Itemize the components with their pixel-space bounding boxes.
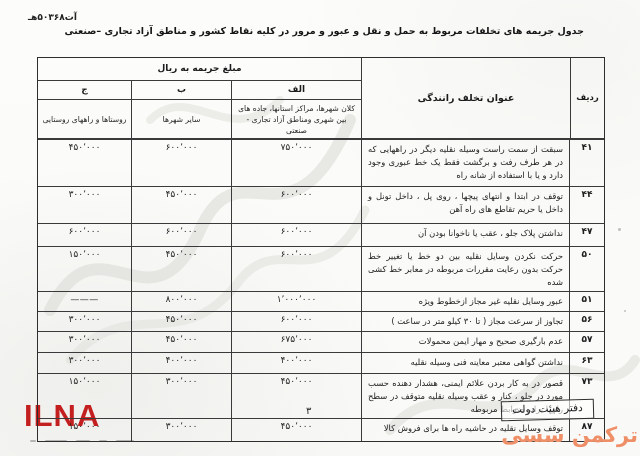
col-b-description: سایر شهرها [131, 100, 231, 138]
cell-fine-rural: ۱۵۰٬۰۰۰ [38, 419, 131, 441]
scan-speck [624, 310, 626, 312]
cell-fine-metropolis: ۶۰۰٬۰۰۰ [231, 247, 361, 291]
scanned-document-page: آت۵۰۳۶۸هـ جدول جریمه های تخلفات مربوط به… [0, 0, 640, 456]
cell-row-number: ۵۷ [569, 332, 604, 352]
cell-fine-rural: ۳۰۰٬۰۰۰ [38, 332, 131, 352]
cell-fine-rural: ——— [38, 292, 131, 311]
news-agency-watermark: ترکمن سسی [501, 423, 638, 447]
amount-columns-header: مبلغ جریمه به ریال ج ب الف روستاها و راه… [38, 58, 361, 138]
cell-violation-title: سبقت از سمت راست وسیله نقلیه دیگر در راه… [361, 140, 569, 186]
cell-fine-metropolis: ۶۰۰٬۰۰۰ [231, 224, 361, 246]
cell-fine-other-cities: ۴۵۰٬۰۰۰ [131, 187, 231, 223]
table-row: ۳۰۰٬۰۰۰ ۴۰۰٬۰۰۰ ۴۰۰٬۰۰۰ نداشتن گواهی معت… [38, 352, 604, 373]
cell-fine-metropolis: ۴۰۰٬۰۰۰ [231, 353, 361, 373]
table-header: مبلغ جریمه به ریال ج ب الف روستاها و راه… [38, 58, 604, 139]
cell-violation-title: حرکت نکردن وسایل نقلیه بین دو خط یا تغیی… [361, 247, 569, 291]
cell-fine-rural: ۳۰۰٬۰۰۰ [38, 312, 131, 331]
cell-row-number: ۴۱ [569, 140, 604, 186]
cell-fine-rural: ۱۵۰٬۰۰۰ [38, 247, 131, 291]
cell-violation-title: عدم بارگیری صحیح و مهار ایمن محمولات [361, 332, 569, 352]
document-title: جدول جریمه های تخلفات مربوط به حمل و نقل… [64, 26, 584, 37]
cell-fine-other-cities: ۴۵۰٬۰۰۰ [131, 247, 231, 291]
cell-violation-title: تجاوز از سرعت مجاز ( تا ۳۰ کیلو متر در س… [361, 312, 569, 331]
cell-row-number: ۴۴ [569, 187, 604, 223]
col-j-letter: ج [38, 81, 131, 99]
cell-fine-rural: ۳۰۰٬۰۰۰ [38, 187, 131, 223]
cell-violation-title: توقف در ابتدا و انتهای پیچها ، روی پل ، … [361, 187, 569, 223]
cell-row-number: ۶۳ [569, 353, 604, 373]
cell-fine-rural: ۳۰۰٬۰۰۰ [38, 353, 131, 373]
cell-row-number: ۵۰ [569, 247, 604, 291]
col-b-letter: ب [131, 81, 231, 99]
table-row: ۳۰۰٬۰۰۰ ۴۵۰٬۰۰۰ ۶۰۰٬۰۰۰ تجاوز از سرعت مج… [38, 311, 604, 331]
cell-violation-title: نداشتن پلاک جلو ، عقب یا ناخوانا بودن آن [361, 224, 569, 246]
cell-row-number: ۵۱ [569, 292, 604, 311]
table-row: ——— ۸۰۰٬۰۰۰ ۱٬۰۰۰٬۰۰۰ عبور وسایل نقلیه غ… [38, 291, 604, 311]
cell-row-number: ۴۷ [569, 224, 604, 246]
cell-fine-metropolis: ۷۵۰٬۰۰۰ [231, 140, 361, 186]
document-reference-number: آت۵۰۳۶۸هـ [28, 13, 77, 23]
table-row: ۱۵۰٬۰۰۰ ۴۵۰٬۰۰۰ ۶۰۰٬۰۰۰ حرکت نکردن وسایل… [38, 246, 604, 291]
col-a-letter: الف [231, 81, 361, 99]
cell-fine-metropolis: ۴۵۰٬۰۰۰ [231, 419, 361, 441]
violation-column-header: عنوان تخلف رانندگی [361, 58, 570, 138]
cell-fine-metropolis: ۴۵۰٬۰۰۰ [231, 374, 361, 418]
cell-fine-metropolis: ۶۷۵٬۰۰۰ [231, 332, 361, 352]
cell-fine-other-cities: ۳۰۰٬۰۰۰ [131, 374, 231, 418]
cell-fine-rural: ۶۰۰٬۰۰۰ [38, 224, 131, 246]
scan-speck [618, 228, 621, 231]
cell-fine-other-cities: ۴۵۰٬۰۰۰ [131, 332, 231, 352]
cell-violation-title: عبور وسایل نقلیه غیر مجاز ازخطوط ویژه [361, 292, 569, 311]
col-a-description: کلان شهرها، مراکز استانها، جاده های بین … [231, 100, 361, 138]
cell-fine-other-cities: ۴۰۰٬۰۰۰ [131, 353, 231, 373]
table-row: ۳۰۰٬۰۰۰ ۴۵۰٬۰۰۰ ۶۰۰٬۰۰۰ توقف در ابتدا و … [38, 186, 604, 223]
cell-fine-rural: ۱۵۰٬۰۰۰ [38, 374, 131, 418]
cell-violation-title: نداشتن گواهی معتبر معاینه فنی وسیله نقلی… [361, 353, 569, 373]
row-number-column-header: ردیف [570, 58, 604, 138]
cell-fine-metropolis: ۶۰۰٬۰۰۰ [231, 312, 361, 331]
col-j-description: روستاها و راههای روستایی [38, 100, 131, 138]
table-row: ۳۰۰٬۰۰۰ ۴۵۰٬۰۰۰ ۶۷۵٬۰۰۰ عدم بارگیری صحیح… [38, 331, 604, 352]
cabinet-office-stamp: دفتر هیئت دولت [501, 399, 594, 422]
table-row: ۴۵۰٬۰۰۰ ۶۰۰٬۰۰۰ ۷۵۰٬۰۰۰ سبقت از سمت راست… [38, 139, 604, 186]
cell-row-number: ۵۶ [569, 312, 604, 331]
cell-fine-other-cities: ۶۰۰٬۰۰۰ [131, 140, 231, 186]
fines-table: مبلغ جریمه به ریال ج ب الف روستاها و راه… [37, 57, 605, 442]
cell-fine-other-cities: ۳۰۰٬۰۰۰ [131, 419, 231, 441]
cell-fine-other-cities: ۴۵۰٬۰۰۰ [131, 312, 231, 331]
cell-fine-other-cities: ۸۰۰٬۰۰۰ [131, 292, 231, 311]
cell-fine-metropolis: ۶۰۰٬۰۰۰ [231, 187, 361, 223]
amount-group-header: مبلغ جریمه به ریال [38, 58, 361, 81]
cell-fine-metropolis: ۱٬۰۰۰٬۰۰۰ [231, 292, 361, 311]
table-row: ۶۰۰٬۰۰۰ ۶۰۰٬۰۰۰ ۶۰۰٬۰۰۰ نداشتن پلاک جلو … [38, 223, 604, 246]
cell-fine-other-cities: ۶۰۰٬۰۰۰ [131, 224, 231, 246]
cell-fine-rural: ۴۵۰٬۰۰۰ [38, 140, 131, 186]
